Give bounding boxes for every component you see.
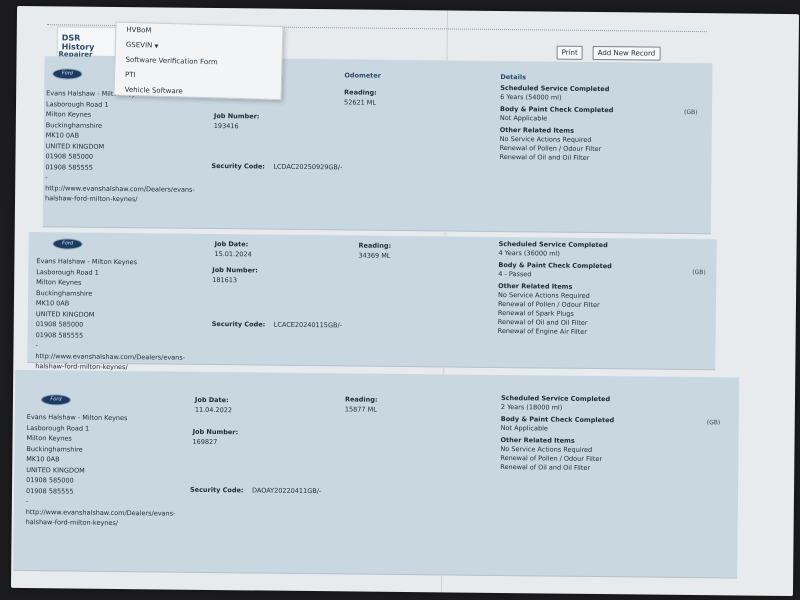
job-number: 193416	[214, 122, 239, 130]
menu-item-label: Software Verification Form	[125, 56, 217, 67]
dealer-address: Evans Halshaw - Milton Keynes Lasborough…	[26, 412, 187, 529]
body-paint-value: Not Applicable	[500, 114, 614, 124]
reading-label: Reading:	[345, 395, 378, 403]
service-details: Scheduled Service Completed 2 Years (180…	[500, 391, 614, 473]
other-item: Renewal of Oil and Oil Filter	[500, 463, 614, 473]
scheduled-service-value: 6 Years (54000 ml)	[500, 93, 614, 103]
menu-item-label: GSEVIN	[126, 41, 153, 50]
ford-logo-icon: Ford	[41, 394, 71, 405]
service-record: Ford Evans Halshaw - Milton Keynes Lasbo…	[27, 232, 716, 370]
security-code-label: Security Code:	[190, 486, 244, 495]
print-button[interactable]: Print	[557, 46, 583, 60]
reading-value: 34369 ML	[358, 252, 390, 260]
reading-label: Reading:	[344, 88, 377, 96]
body-paint-value: Not Applicable	[501, 424, 615, 434]
fax: 01908 585555	[26, 486, 186, 498]
security-code: LCACE20240115GB/-	[274, 321, 342, 330]
region-code: (GB)	[684, 109, 698, 116]
other-item: Renewal of Engine Air Filter	[498, 327, 612, 337]
service-record: Ford Evans Halshaw - Milton Keynes Lasbo…	[13, 370, 739, 579]
dealer-address: Evans Halshaw - Milton Keynes Lasborough…	[45, 88, 206, 205]
dropdown-menu: HVBoM GSEVIN ▼ Software Verification For…	[114, 21, 284, 100]
menu-item-label: Vehicle Software	[125, 86, 183, 96]
job-number-label: Job Number:	[193, 428, 239, 436]
job-number: 169827	[192, 438, 217, 446]
scheduled-service-value: 4 Years (36000 ml)	[498, 249, 612, 259]
job-number-label: Job Number:	[214, 112, 260, 120]
security-code: DAOAY20220411GB/-	[252, 486, 321, 495]
menu-item-label: PTI	[125, 71, 136, 79]
service-details: Scheduled Service Completed 4 Years (360…	[498, 237, 612, 337]
security-code-label: Security Code:	[211, 162, 265, 171]
region-code: (GB)	[692, 269, 706, 276]
printed-page: DSR History Repairer Print Add New Recor…	[11, 6, 799, 596]
odometer-header: Odometer	[344, 71, 381, 79]
fax: 01908 585555	[36, 330, 196, 342]
dealer-website-link[interactable]: http://www.evanshalshaw.com/Dealers/evan…	[26, 507, 186, 530]
security-code-label: Security Code:	[212, 320, 266, 329]
job-date-label: Job Date:	[215, 240, 249, 248]
caret-down-icon: ▼	[154, 44, 158, 50]
toolbar: Print Add New Record	[557, 46, 661, 61]
job-number-label: Job Number:	[212, 266, 258, 274]
security-code: LCDAC20250929GB/-	[273, 163, 342, 172]
body-paint-value: 4 - Passed	[498, 270, 612, 280]
dealer-website-link[interactable]: http://www.evanshalshaw.com/Dealers/evan…	[45, 183, 205, 206]
job-number: 181613	[212, 276, 237, 284]
ford-logo-icon: Ford	[52, 68, 82, 79]
scheduled-service-value: 2 Years (18000 ml)	[501, 403, 615, 413]
add-new-record-button[interactable]: Add New Record	[593, 46, 661, 61]
region-code: (GB)	[707, 419, 721, 426]
other-item: Renewal of Oil and Oil Filter	[499, 153, 613, 163]
menu-item-label: HVBoM	[126, 26, 151, 35]
service-details: Scheduled Service Completed 6 Years (540…	[499, 81, 613, 163]
job-date: 15.01.2024	[214, 250, 251, 258]
reading-value: 15877 ML	[345, 405, 377, 413]
details-header: Details	[500, 73, 526, 81]
reading-label: Reading:	[359, 242, 392, 250]
reading-value: 52621 ML	[344, 98, 376, 106]
job-date: 11.04.2022	[195, 406, 232, 414]
dealer-address: Evans Halshaw - Milton Keynes Lasborough…	[35, 256, 196, 373]
tab-label: DSR History	[62, 33, 95, 51]
job-date-label: Job Date:	[195, 396, 229, 404]
ford-logo-icon: Ford	[53, 238, 83, 249]
fax: 01908 585555	[45, 162, 205, 174]
